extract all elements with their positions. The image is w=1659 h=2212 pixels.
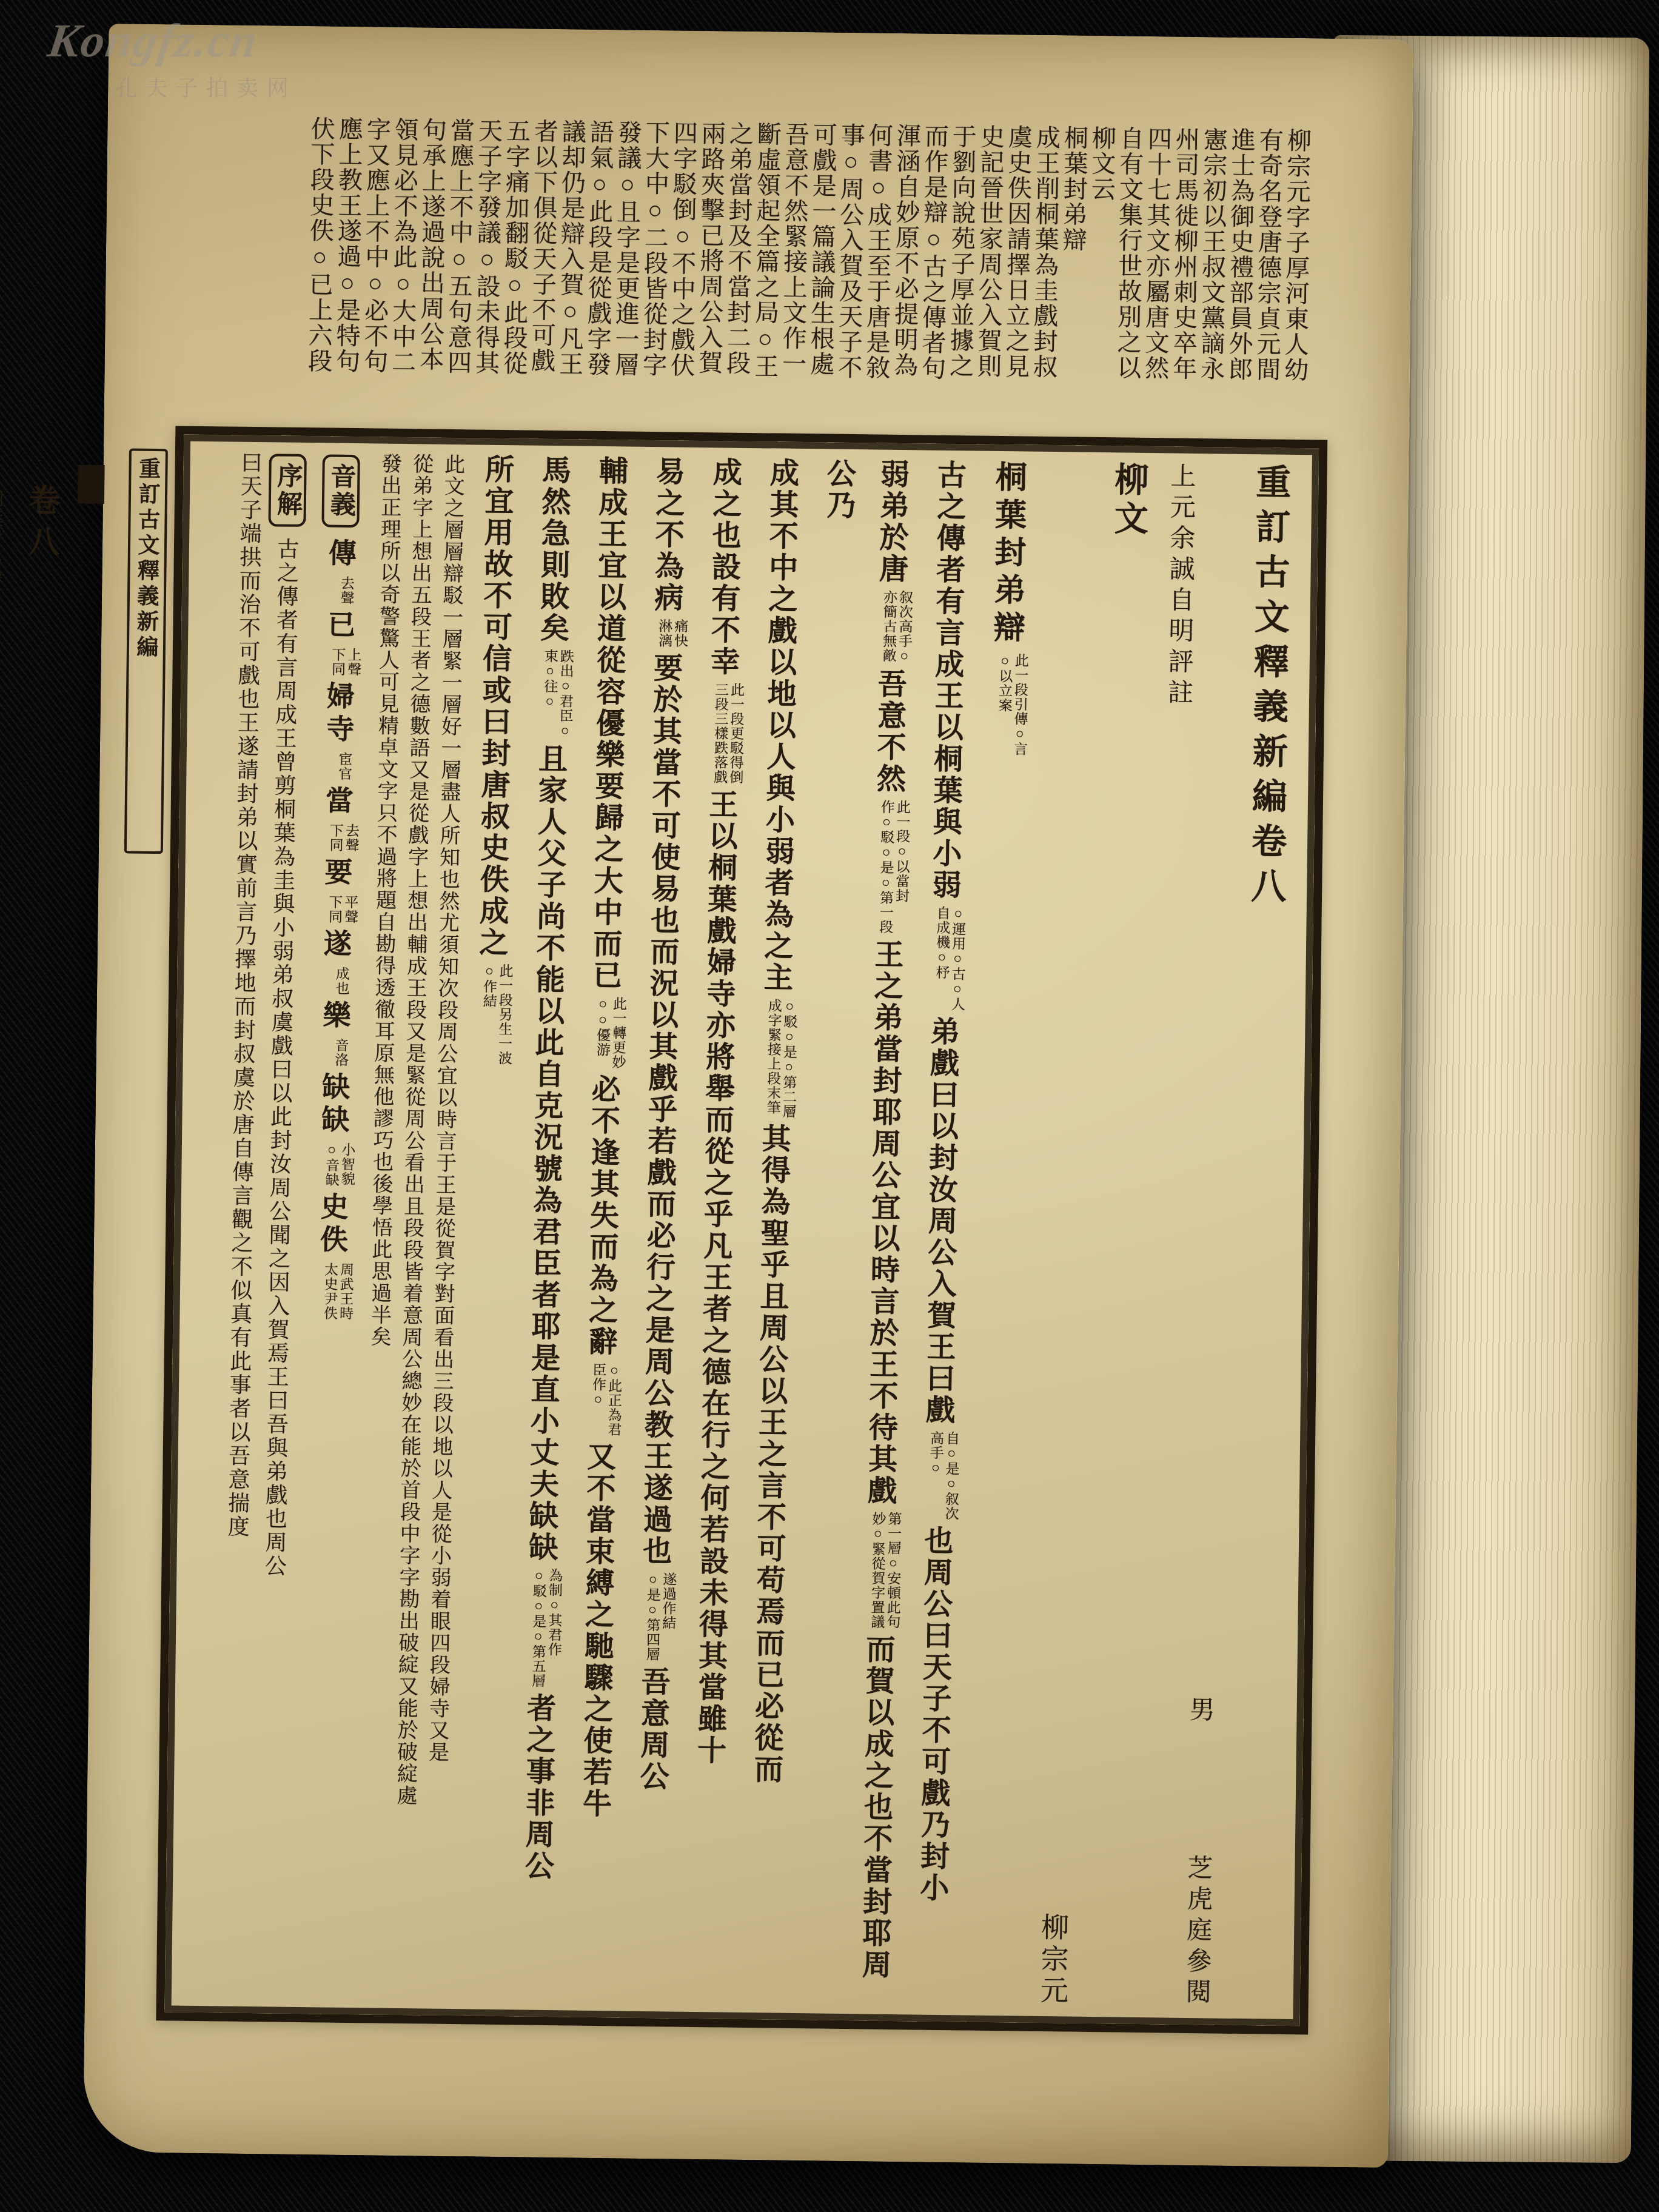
margin-note-column: 自有文集行世故別之以	[1113, 126, 1143, 432]
yinyi-section-label: 音義	[321, 454, 360, 528]
gloss-word: 已	[324, 609, 355, 643]
essay-text: 王以桐葉戲婦寺亦將舉而從之乎凡王者之德在行之何若設未得其當雖十	[692, 789, 737, 1767]
margin-note-column: 四十七其文亦屬唐文然	[1141, 126, 1171, 432]
spine-black-bar	[78, 464, 105, 504]
essay-text: 吾意不然	[872, 668, 906, 795]
essay-column: 弱弟於唐叙次高手○亦簡古無敵吾意不然此一段○以當封作○駁○是○第一段王之弟當封耶…	[793, 458, 919, 2005]
proofreader-name: 芝虎庭參閱	[1158, 1854, 1221, 2009]
interlinear-note-line: 下同	[329, 648, 346, 677]
essay-text: 弟戲曰以封汝周公入賀王曰戲	[921, 1016, 958, 1427]
interlinear-note: 痛快淋漓	[656, 618, 688, 648]
margin-note-column: 進士為御史禮部員外郎	[1224, 127, 1255, 434]
essay-text: 者之事非周公	[520, 1693, 555, 1883]
frame-columns: 重訂古文釋義新編卷八上元余誠自明評註男芝虎庭參閱柳文桐葉封弟辯此一段引傳○言○以…	[181, 451, 1303, 2010]
interlinear-note-line: 遂過作結	[660, 1572, 677, 1661]
interlinear-note: 遂過作結○是○第四層	[644, 1572, 677, 1662]
photo-background: Kongfz.cn 孔夫子拍卖网 重訂古文釋義新編 卷八 桐葉封弟辯捕蛇者說 柳…	[0, 0, 1659, 2212]
margin-note-column: 領見必不為此○大中二	[388, 117, 418, 423]
interlinear-note-line: 太史尹佚	[321, 1262, 338, 1320]
essay-text: 馬然急則敗矣	[535, 455, 570, 645]
essay-text: 弱弟於唐	[874, 458, 908, 585]
annotator-name: 上元余誠自明評註	[1156, 462, 1204, 710]
margin-note-column: 柳宗元字子厚河東人幼	[1280, 128, 1310, 434]
margin-note-column: 州司馬徙柳州刺史卒年	[1168, 126, 1199, 432]
interlinear-note: ○運用○古○人自成機○杼	[933, 906, 966, 1012]
margin-note-column: 桐葉封弟辯	[1057, 125, 1087, 431]
essay-text: 吾意周公	[635, 1666, 669, 1793]
margin-note-column: 史記晉世家周公入賀則	[973, 124, 1004, 430]
xujie-section-label: 序解	[268, 454, 306, 527]
interlinear-note-line: 此一段引傳○言	[1011, 653, 1028, 756]
interlinear-note: ○駁○是○第二層成字緊接上段末筆	[765, 998, 797, 1119]
interlinear-note-line: ○駁○是○第五層	[529, 1568, 546, 1688]
interlinear-note-line: 高手○	[927, 1431, 943, 1521]
xujie-text: 古之傳者有言周成王曾剪桐葉為圭與小弱弟叔虞戲曰以此封汝周公聞之因入賀焉王曰吾與弟…	[262, 537, 299, 1578]
interlinear-note: 平聲下同	[326, 894, 358, 924]
interlinear-note-line: 淋漓	[656, 618, 672, 648]
interlinear-note: 周武王時太史尹佚	[321, 1262, 354, 1321]
margin-note-column: 吾意不然緊接上文作一	[778, 122, 808, 428]
interlinear-note-line: 臣作○	[589, 1362, 606, 1436]
book-page: 重訂古文釋義新編 卷八 桐葉封弟辯捕蛇者說 柳宗元字子厚河東人幼有奇名登唐德宗貞…	[83, 24, 1414, 2168]
interlinear-note: 此一段更駁得倒三段三樣跌落戲	[711, 682, 744, 785]
interlinear-note-line: 作○駁○是○第一段	[877, 800, 894, 934]
margin-note-column: 可戲是一篇議論生根處	[806, 122, 836, 428]
interlinear-note-line: ○運用○古○人	[949, 906, 966, 1011]
margin-note-column: 斷虛領起全篇之局○王	[750, 121, 780, 427]
essay-text: 易之不為病	[650, 456, 684, 614]
interlinear-note-line: ○此正為君	[605, 1362, 622, 1436]
margin-note-column: 之弟當封及不當封二段	[722, 121, 752, 427]
interlinear-note-line: 音洛	[332, 1038, 349, 1067]
margin-note-column: 字又應上不中○必不句	[360, 116, 390, 423]
interlinear-note: 音洛	[332, 1038, 349, 1067]
interlinear-note: 第一層○安頓此句妙○緊從賀字置議	[868, 1512, 901, 1630]
margin-note-column: 成王削桐葉為圭戲封叔	[1029, 125, 1059, 431]
interlinear-note: 成也	[333, 967, 350, 996]
section-label: 柳文	[1109, 461, 1148, 540]
margin-note-column: 句承上遂過說出周公本	[416, 117, 446, 423]
top-margin-commentary: 柳宗元字子厚河東人幼有奇名登唐德宗貞元間進士為御史禮部員外郎憲宗初以王叔文黨謫永…	[195, 115, 1312, 434]
interlinear-note: 上聲下同	[329, 648, 361, 677]
interlinear-note-line: 周武王時	[337, 1262, 354, 1321]
interlinear-note: 跌出○君臣○束○往○	[541, 649, 574, 739]
essay-text: 且家人父子尚不能以此自克況號為君臣者耶是直小丈夫缺缺	[525, 743, 567, 1564]
interlinear-note: 此一段○以當封作○駁○是○第一段	[877, 800, 910, 935]
kongfz-watermark: Kongfz.cn 孔夫子拍卖网	[49, 13, 297, 102]
interlinear-note-line: 上聲	[345, 648, 361, 677]
interlinear-note-line: 小智貌	[339, 1142, 355, 1187]
essay-text: 所宜用故不可信或曰封唐叔史佚成之	[475, 454, 513, 959]
margin-note-column: 伏下段史佚○已上六段	[304, 116, 335, 422]
interlinear-note: 去聲下同	[327, 823, 359, 853]
gloss-word: 樂	[319, 1000, 350, 1033]
margin-note-column: 議却仍是辯入賀○凡王	[555, 119, 585, 425]
piece-title: 桐葉封弟辯	[988, 460, 1025, 649]
interlinear-note-line: 平聲	[342, 895, 358, 924]
interlinear-note-line: ○是○第四層	[644, 1572, 661, 1661]
interlinear-note-line: 去聲	[338, 576, 354, 605]
interlinear-note: 此一段引傳○言○以立案	[996, 653, 1028, 757]
essay-text: 要於其當不可使易也而況以其戲乎若戲而必行之是周公教王遂過也	[638, 652, 681, 1567]
margin-note-column: 五字痛加翻駁○此段從	[499, 118, 529, 424]
interlinear-note-line: 下同	[326, 894, 343, 923]
margin-note-column: 柳文云	[1085, 126, 1115, 432]
interlinear-note: 叙次高手○亦簡古無敵	[880, 590, 913, 665]
watermark-brand: Kongfz.cn	[45, 13, 301, 68]
essay-text: 其得為聖乎且周公以王之言不可苟焉而已必從而	[749, 1123, 789, 1786]
interlinear-note-line: 第一層○安頓此句	[884, 1512, 901, 1629]
margin-note-column: 有奇名登唐德宗貞元間	[1252, 127, 1282, 434]
essay-text: 古之傳者有言成王以桐葉與小弱	[928, 460, 965, 902]
gloss-word: 遂	[320, 928, 352, 962]
margin-note-column: 而作是辯○古之傳者句	[917, 123, 948, 429]
interlinear-note-line: 此一段另生一波	[496, 964, 513, 1065]
proofreader-prefix: 男	[1161, 1695, 1222, 1727]
gloss-word: 缺缺	[318, 1071, 349, 1138]
interlinear-note: 小智貌○音缺	[323, 1142, 355, 1187]
interlinear-note-line: 叙次高手○	[896, 590, 913, 664]
interlinear-note-line: 此一段更駁得倒	[727, 683, 744, 785]
annotator-column: 上元余誠自明評註男芝虎庭參閱	[1140, 462, 1238, 2009]
essay-text: 必不逢其失而為之辭	[584, 1074, 620, 1358]
margin-note-column: 兩路夾擊已將周公入賀	[694, 121, 725, 427]
spine-volume: 卷八	[8, 483, 58, 1721]
interlinear-note-line: 自成機○杼	[933, 906, 950, 1011]
margin-note-column: 事○周公入賀及天子不	[834, 122, 864, 429]
essay-text: 又不當束縛之馳驟之使若牛	[578, 1441, 615, 1820]
essay-text: 成之也設有不幸	[706, 457, 740, 678]
interlinear-note-line: ○作結	[480, 964, 497, 1065]
interlinear-note: 為制○其君作○駁○是○第五層	[529, 1568, 562, 1689]
interlinear-note-line: 成字緊接上段末筆	[765, 998, 782, 1118]
interlinear-note-line: 束○往○	[541, 649, 558, 739]
interlinear-note: ○此正為君臣作○	[589, 1362, 622, 1437]
interlinear-note-line: ○○優游	[594, 996, 611, 1069]
text-frame: 重訂古文釋義新編卷八上元余誠自明評註男芝虎庭參閱柳文桐葉封弟辯此一段引傳○言○以…	[156, 426, 1327, 2034]
margin-note-column: 虞史佚因請擇日立之見	[1001, 124, 1031, 431]
piece-title-group: 桐葉封弟辯此一段引傳○言○以立案	[976, 460, 1036, 762]
interlinear-note-line: 此一段○以當封	[893, 800, 910, 934]
margin-note-column: 發議○且字是更進一層	[611, 119, 641, 426]
interlinear-note: 此一轉更妙○○優游	[594, 996, 626, 1070]
interlinear-note: 自○是○叙次高手○	[927, 1431, 959, 1521]
margin-note-column: 渾涵自妙原不必提明為	[890, 123, 920, 429]
margin-note-column: 語氣○此段是從戲字發	[583, 119, 613, 426]
gloss-word: 傳	[325, 538, 357, 571]
piece-heading-column: 桐葉封弟辯此一段引傳○言○以立案柳宗元	[960, 460, 1099, 2008]
margin-note-column: 下大中○二段皆從封字	[638, 120, 669, 426]
interlinear-note: 宦官	[336, 752, 352, 781]
gloss-word: 婦寺	[323, 681, 354, 747]
interlinear-note-line: 亦簡古無敵	[880, 590, 897, 664]
author-name: 柳宗元	[970, 1912, 1082, 2008]
interlinear-note: 此一段另生一波○作結	[480, 964, 513, 1066]
margin-note-column: 何書○成王至于唐是敘	[862, 122, 892, 429]
margin-note-column: 當應上不中○五句意四	[444, 118, 474, 424]
interlinear-note-line: 成也	[333, 967, 350, 996]
interlinear-note-line: ○以立案	[996, 653, 1013, 756]
margin-note-column: 者以下俱從天子不可戲	[527, 119, 557, 425]
interlinear-note-line: 三段三樣跌落戲	[711, 682, 728, 784]
interlinear-note-line: 自○是○叙次	[942, 1431, 959, 1521]
spine-series-label: 重訂古文釋義新編	[124, 448, 168, 854]
essay-text: 成其不中之戲以地以人與小弱者為之主	[759, 457, 798, 994]
interlinear-note-line: 為制○其君作	[545, 1568, 562, 1688]
interlinear-note-line: 下同	[327, 823, 343, 852]
interlinear-note-line: 宦官	[336, 752, 352, 781]
interlinear-note-line: 去聲	[343, 823, 359, 853]
interlinear-note-line: 此一轉更妙	[610, 996, 626, 1069]
proofreader-line: 男芝虎庭參閱	[1158, 1695, 1222, 2009]
margin-note-column: 憲宗初以王叔文黨謫永	[1196, 127, 1227, 433]
interlinear-note-line: ○音缺	[323, 1142, 340, 1187]
interlinear-note-line: 妙○緊從賀字置議	[868, 1512, 885, 1629]
interlinear-note-line: ○駁○是○第二層	[780, 999, 797, 1119]
interlinear-note-line: 跌出○君臣○	[557, 649, 574, 739]
margin-note-column: 天子字發議○設未得其	[471, 118, 501, 424]
gloss-word: 要	[321, 857, 352, 890]
essay-text: 輔成王宜以道從容優樂要歸之大中而已	[588, 455, 627, 992]
margin-note-column: 于劉向說苑子厚並據之	[945, 124, 976, 430]
gloss-word: 史佚	[317, 1191, 348, 1258]
interlinear-note: 去聲	[338, 576, 354, 605]
spine-piece-titles: 桐葉封弟辯捕蛇者說	[0, 489, 2, 1720]
spine-piece-title: 桐葉封弟辯	[0, 489, 2, 1720]
interlinear-note-line: 痛快	[672, 618, 688, 648]
margin-note-column: 四字駁倒○不中之戲伏	[666, 120, 697, 426]
watermark-site: 孔夫子拍卖网	[115, 72, 297, 102]
gloss-word: 當	[322, 785, 354, 819]
essay-text: 王之弟當封耶周公宜以時言於王不待其戲	[863, 939, 902, 1507]
margin-note-column: 應上教王遂過○是特句	[332, 116, 363, 423]
essay-text: 也周公曰天子不可戲乃封小	[916, 1526, 953, 1905]
